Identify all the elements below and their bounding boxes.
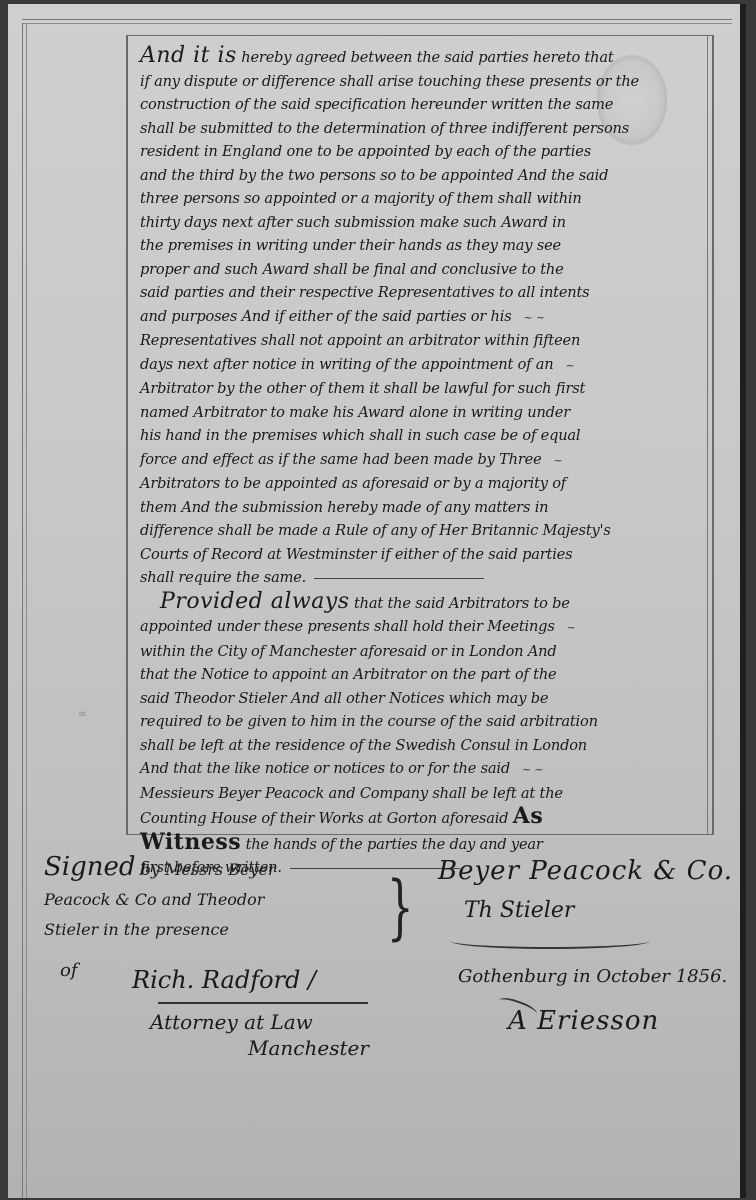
deed-line: and the third by the two persons so to b…: [140, 164, 710, 188]
deed-line-text: shall be left at the residence of the Sw…: [140, 737, 587, 754]
deed-line: Representatives shall not appoint an arb…: [140, 329, 710, 353]
deed-line: within the City of Manchester aforesaid …: [140, 640, 710, 664]
deed-line: them And the submission hereby made of a…: [140, 496, 710, 520]
deed-line-text: within the City of Manchester aforesaid …: [140, 643, 557, 660]
witness-title: Attorney at Law: [150, 1010, 313, 1034]
deed-line: And that the like notice or notices to o…: [140, 757, 710, 782]
deed-line: shall be left at the residence of the Sw…: [140, 734, 710, 758]
deed-line-text: them And the submission hereby made of a…: [140, 499, 548, 516]
deed-line-text: the premises in writing under their hand…: [140, 237, 561, 254]
signature-flourish: [450, 933, 650, 949]
deed-line-text: three persons so appointed or a majority…: [140, 190, 582, 207]
deed-line-blackletter: As: [513, 803, 543, 829]
deed-line: appointed under these presents shall hol…: [140, 615, 710, 640]
brace-symbol: }: [387, 866, 414, 948]
deed-line: that the Notice to appoint an Arbitrator…: [140, 663, 710, 687]
deed-line-text: Courts of Record at Westminster if eithe…: [140, 546, 572, 563]
deed-line-text: Counting House of their Works at Gorton …: [140, 810, 508, 827]
deed-line: required to be given to him in the cours…: [140, 710, 710, 734]
deed-line-text: shall require the same.: [140, 569, 306, 586]
page-rule-top: [22, 19, 732, 20]
deed-line: Messieurs Beyer Peacock and Company shal…: [140, 782, 710, 806]
deed-line-text: if any dispute or difference shall arise…: [140, 73, 639, 90]
deed-line: Counting House of their Works at Gorton …: [140, 805, 710, 831]
signed-heading: Signed: [44, 852, 136, 882]
deed-line: force and effect as if the same had been…: [140, 448, 710, 473]
deed-line-lead: Provided always: [160, 589, 350, 614]
witness-place: Manchester: [248, 1036, 369, 1060]
line-filler-mark: ~: [554, 359, 575, 372]
page-rule-left-inner: [26, 24, 27, 1198]
marginal-mark: ∞: [78, 707, 87, 720]
deed-line-text: And that the like notice or notices to o…: [140, 760, 510, 777]
deed-line: named Arbitrator to make his Award alone…: [140, 401, 710, 425]
deed-line: shall require the same.: [140, 566, 710, 590]
attestation-text-1: by Messrs Beyer: [141, 860, 276, 879]
deed-line: proper and such Award shall be final and…: [140, 258, 710, 282]
deed-line: the premises in writing under their hand…: [140, 234, 710, 258]
line-filler-mark: ~: [542, 454, 563, 467]
page-rule-top-inner: [22, 23, 732, 24]
deed-line-text: appointed under these presents shall hol…: [140, 618, 555, 635]
deed-line: difference shall be made a Rule of any o…: [140, 519, 710, 543]
page-rule-left: [22, 24, 23, 1198]
deed-line-text: Representatives shall not appoint an arb…: [140, 332, 580, 349]
deed-line: Courts of Record at Westminster if eithe…: [140, 543, 710, 567]
attestation-clause: Signed by Messrs Beyer Peacock & Co and …: [44, 852, 414, 945]
deed-line-text: days next after notice in writing of the…: [140, 356, 554, 373]
deed-line: Provided always that the said Arbitrator…: [140, 590, 710, 616]
deed-line: Arbitrator by the other of them it shall…: [140, 377, 710, 401]
line-filler-mark: ~ ~: [512, 311, 545, 324]
deed-line-text: said parties and their respective Repres…: [140, 284, 589, 301]
signature-stieler: Th Stieler: [464, 898, 574, 923]
deed-line: days next after notice in writing of the…: [140, 353, 710, 378]
deed-line-blackletter: Witness: [140, 829, 241, 855]
deed-body: And it is hereby agreed between the said…: [140, 40, 710, 880]
attestation-line-2: Peacock & Co and Theodor: [44, 885, 414, 915]
deed-line: shall be submitted to the determination …: [140, 117, 710, 141]
deed-line-text: Messieurs Beyer Peacock and Company shal…: [140, 785, 563, 802]
deed-line-text: proper and such Award shall be final and…: [140, 261, 564, 278]
deed-line: and purposes And if either of the said p…: [140, 305, 710, 330]
signature-beyer-peacock: Beyer Peacock & Co.: [438, 856, 733, 886]
line-filler-mark: ~: [555, 621, 576, 634]
deed-line: said parties and their respective Repres…: [140, 281, 710, 305]
deed-line-text: that the Notice to appoint an Arbitrator…: [140, 666, 556, 683]
deed-line-text: thirty days next after such submission m…: [140, 214, 566, 231]
signature-witness-radford: Rich. Radford /: [132, 966, 316, 994]
line-filler-mark: ~ ~: [510, 763, 543, 776]
deed-line: three persons so appointed or a majority…: [140, 187, 710, 211]
deed-line-text: shall be submitted to the determination …: [140, 120, 629, 137]
deed-line-text: hereby agreed between the said parties h…: [241, 49, 613, 66]
deed-line-text: the hands of the parties the day and yea…: [246, 836, 543, 853]
deed-line-text: resident in England one to be appointed …: [140, 143, 591, 160]
deed-line-text: that the said Arbitrators to be: [354, 595, 570, 612]
deed-line: And it is hereby agreed between the said…: [140, 40, 710, 70]
deed-line-text: Arbitrators to be appointed as aforesaid…: [140, 475, 566, 492]
signature-consul: A Eriesson: [508, 1006, 659, 1036]
deed-line: his hand in the premises which shall in …: [140, 424, 710, 448]
attestation-line-3: Stieler in the presence: [44, 915, 414, 945]
signature-underline: [158, 1001, 368, 1004]
of-label: of: [60, 960, 78, 981]
attestation-line-1: Signed by Messrs Beyer: [44, 852, 414, 885]
line-filler-rule: [314, 578, 484, 579]
deed-line-text: said Theodor Stieler And all other Notic…: [140, 690, 548, 707]
deed-line-text: named Arbitrator to make his Award alone…: [140, 404, 570, 421]
deed-line: if any dispute or difference shall arise…: [140, 70, 710, 94]
deed-line-text: and purposes And if either of the said p…: [140, 308, 512, 325]
gothenburg-date-note: Gothenburg in October 1856.: [458, 966, 727, 987]
deed-line-text: his hand in the premises which shall in …: [140, 427, 580, 444]
deed-line: resident in England one to be appointed …: [140, 140, 710, 164]
deed-line-text: Arbitrator by the other of them it shall…: [140, 380, 585, 397]
deed-line-text: construction of the said specification h…: [140, 96, 613, 113]
deed-line-text: difference shall be made a Rule of any o…: [140, 522, 611, 539]
deed-line-lead: And it is: [140, 43, 237, 68]
deed-line: construction of the said specification h…: [140, 93, 710, 117]
deed-line: thirty days next after such submission m…: [140, 211, 710, 235]
deed-line: Arbitrators to be appointed as aforesaid…: [140, 472, 710, 496]
deed-line: said Theodor Stieler And all other Notic…: [140, 687, 710, 711]
deed-line-text: required to be given to him in the cours…: [140, 713, 598, 730]
deed-line-text: and the third by the two persons so to b…: [140, 167, 608, 184]
deed-line-text: force and effect as if the same had been…: [140, 451, 542, 468]
